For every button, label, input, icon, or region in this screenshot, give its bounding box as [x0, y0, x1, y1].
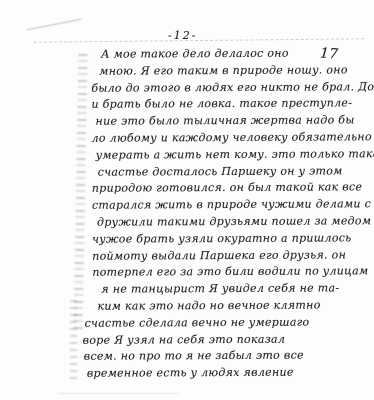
page-fold-line: [34, 38, 364, 42]
manuscript-line: ние это было тыличная жертва надо бы: [95, 112, 357, 130]
corner-crease-artifact: [26, 19, 81, 31]
manuscript-line: поймоту выдали Паршека его друзья. он: [92, 247, 358, 265]
page-number: -12-: [168, 29, 197, 42]
manuscript-line: ло любому и каждому человеку обязательно: [92, 129, 358, 147]
manuscript-line: дружили такими друзьями пошел за медом: [97, 213, 358, 231]
manuscript-line: старался жить в природе чужими делами с: [92, 196, 358, 214]
manuscript-line: было до этого в людях его никто не брал.…: [91, 79, 357, 97]
manuscript-line: умерать а жить нет кому. это только тако…: [96, 146, 358, 164]
manuscript-text: А мое такое дело делалос оно мною. Я его…: [91, 45, 359, 382]
bottom-edge-artifact: [60, 393, 180, 394]
manuscript-line: счастье сделала вечно не умершаго: [85, 314, 359, 332]
manuscript-line: ким как это надо но вечное клятно: [97, 297, 358, 315]
ink-bleed-left-margin: [74, 54, 88, 330]
scan-viewport: -12- 17 А мое такое дело делалос оно мно…: [0, 0, 374, 400]
manuscript-line: потерпел его за это били водили по улица…: [92, 264, 358, 282]
manuscript-line: А мое такое дело делалос оно: [101, 45, 357, 63]
manuscript-line: я не танцырист Я увидел себя не та-: [101, 280, 358, 298]
manuscript-line: и брать было не ловка. такое преступле-: [91, 96, 357, 114]
manuscript-line: всем. но про то я не забыл это все: [84, 348, 359, 366]
manuscript-line: временное есть у людях явление: [87, 364, 359, 382]
manuscript-line: счастье досталось Паршеку он у этом: [98, 163, 358, 181]
manuscript-line: чужое брать узяли окуратно а пришлось: [92, 230, 358, 248]
ink-bleed-left-margin-lower: [70, 300, 77, 380]
manuscript-line: воре Я узял на себя это показал: [83, 331, 359, 349]
manuscript-line: природою готовился. он был такой как все: [92, 180, 358, 198]
manuscript-line: мною. Я его таким в природе ношу. оно: [99, 62, 357, 80]
scanned-page: -12- 17 А мое такое дело делалос оно мно…: [0, 0, 374, 400]
